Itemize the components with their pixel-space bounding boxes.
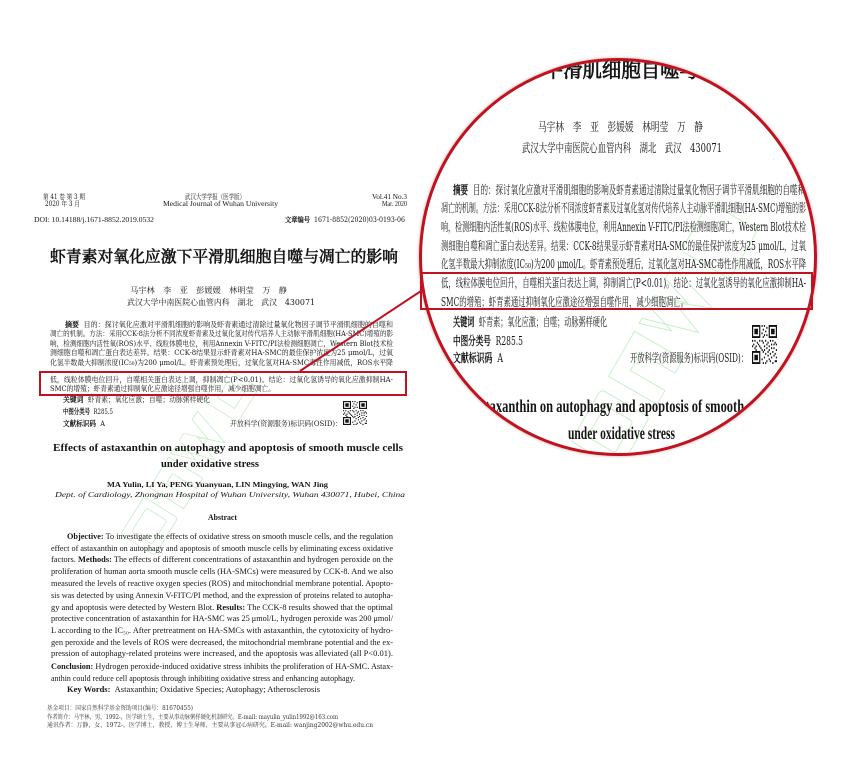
footnote-corresponding-author: 通讯作者：万静，女，1972-，医学博士，教授，博士生导师，主要从事冠心病研究。…: [47, 722, 373, 730]
magnified-document-code-value: A: [497, 351, 503, 365]
magnified-abstract-line-text: 响，检测细胞内活性氧(ROS)水平、线粒体膜电位，利用Annexin V-FIT…: [441, 220, 806, 235]
magnified-title-cn-text: 虾青素对氧化应激下平滑肌细胞自噬与凋亡的影响: [419, 59, 796, 81]
magnified-keywords-label: 关键词: [453, 315, 474, 329]
footnote-corresponding-author-text: 通讯作者：万静，女，1972-，医学博士，教授，博士生导师，主要从事冠心病研究。…: [47, 722, 373, 730]
title-cn: 虾青素对氧化应激下平滑肌细胞自噬与凋亡的影响: [50, 247, 398, 267]
annotated-paper-page: 第 41 卷 第 3 期 2020 年 3 月 武汉大学学报（医学版） Medi…: [0, 0, 851, 769]
header-journal-en-text: Medical Journal of Wuhan University: [163, 200, 278, 208]
abstract-en-line-text: Objective: To investigate the effects of…: [67, 531, 393, 542]
header-date-cn: 2020 年 3 月: [45, 200, 80, 208]
abstract-en-line: proliferation of human aorta smooth musc…: [51, 566, 393, 577]
abstract-cn-line: 响，检测细胞内活性氧(ROS)水平、线粒体膜电位，利用Annexin V-FIT…: [50, 339, 393, 348]
document-code-value: A: [100, 419, 105, 428]
abstract-en-line-text: effect of astaxanthin on autophagy and a…: [51, 543, 393, 554]
footnote-author-bio-text: 作者简介：马宇林，男，1992-，医学硕士生，主要从事动脉粥样硬化机制研究。E-…: [47, 714, 338, 722]
abstract-en-line: Conclusion: Hydrogen peroxide-induced ox…: [51, 661, 393, 672]
conclusion-label: Conclusion:: [51, 661, 93, 671]
abstract-cn-line-text: 响，检测细胞内活性氧(ROS)水平、线粒体膜电位，利用Annexin V-FIT…: [50, 339, 393, 348]
abstract-cn-line-text: 测细胞自噬和凋亡蛋白表达差异。结果：CCK-8结果显示虾青素对HA-SMC的最佳…: [50, 348, 393, 357]
abstract-heading: Abstract: [208, 513, 237, 523]
abstract-cn-line: 化氢半数最大抑制浓度(IC₅₀)为200 μmol/L。虾青素预处理后，过氧化氢…: [50, 358, 393, 367]
abstract-cn-line: 摘要 目的：探讨氧化应激对平滑肌细胞的影响及虾青素通过清除过量氧化物因子调节平滑…: [65, 320, 393, 329]
magnified-abstract-line-text: 测细胞自噬和凋亡蛋白表达差异。结果：CCK-8结果显示虾青素对HA-SMC的最佳…: [441, 239, 806, 254]
keywords-cn-label: 关键词: [63, 395, 83, 404]
abstract-en-line-body: To investigate the effects of oxidative …: [104, 531, 393, 541]
abstract-en-line-text: gy and apoptosis were detected by Wester…: [51, 602, 393, 613]
methods-label: Methods:: [78, 554, 112, 564]
abstract-cn-line: 凋亡的机制。方法：采用CCK-8法分析不同浓度虾青素及过氧化氢对传代培养人主动脉…: [50, 329, 393, 338]
magnifier-circle: 虾青素对氧化应激下平滑肌细胞自噬与凋亡的影响 马宇林 李 亚 彭媛媛 林明莹 万…: [419, 58, 817, 456]
clc-value: R285.5: [93, 407, 113, 416]
magnified-osid-label: 开放科学(资源服务)标识码(OSID)：: [630, 351, 748, 366]
magnified-clc-label: 中图分类号: [453, 334, 491, 348]
abstract-en-line: measured the levels of reactive oxygen s…: [51, 578, 393, 589]
abstract-en-line-text: gen peroxide and the levels of ROS were …: [51, 637, 393, 648]
title-cn-text: 虾青素对氧化应激下平滑肌细胞自噬与凋亡的影响: [50, 247, 398, 267]
header-journal-en: Medical Journal of Wuhan University: [163, 200, 278, 208]
keywords-en-value: Astaxanthin; Oxidative Species; Autophag…: [115, 684, 320, 694]
header-date-en: Mar. 2020: [382, 200, 407, 208]
abstract-en-line-text: L according to the IC₅₀. After pretreatm…: [51, 625, 393, 636]
abstract-cn-line-text: 化氢半数最大抑制浓度(IC₅₀)为200 μmol/L。虾青素预处理后，过氧化氢…: [50, 358, 393, 367]
magnified-keywords-cn-text: 关键词 虾青素；氧化应激；自噬；动脉粥样硬化: [453, 315, 607, 330]
abstract-en-line-text: protective concentration of astaxanthin …: [51, 613, 393, 624]
keywords-en-label: Key Words:: [67, 684, 110, 694]
osid-label: 开放科学(资源服务)标识码(OSID)：: [230, 419, 342, 428]
abstract-cn-line-body: 目的：探讨氧化应激对平滑肌细胞的影响及虾青素通过清除过量氧化物因子调节平滑肌细胞…: [84, 320, 393, 329]
magnified-affiliation-cn-text: 武汉大学中南医院心血管内科 湖北 武汉 430071: [522, 141, 722, 156]
footnote-author-bio: 作者简介：马宇林，男，1992-，医学硕士生，主要从事动脉粥样硬化机制研究。E-…: [47, 714, 338, 722]
abstract-en-line-pre: factors.: [51, 554, 78, 564]
magnified-qr-code-icon: [752, 325, 777, 364]
magnified-authors-cn: 马宇林 李 亚 彭媛媛 林明莹 万 静: [538, 120, 703, 135]
abstract-en-line-text: proliferation of human aorta smooth musc…: [51, 566, 393, 577]
magnified-abstract-line: 测细胞自噬和凋亡蛋白表达差异。结果：CCK-8结果显示虾青素对HA-SMC的最佳…: [441, 239, 806, 254]
magnified-abstract-label: 摘要: [453, 183, 468, 197]
magnified-clc-value: R285.5: [496, 334, 523, 348]
abstract-en-line-text: Conclusion: Hydrogen peroxide-induced ox…: [51, 661, 393, 672]
abstract-en-line-pre: gy and apoptosis were detected by Wester…: [51, 602, 216, 612]
magnified-abstract-line-text: 摘要 目的：探讨氧化应激对平滑肌细胞的影响及虾青素通过清除过量氧化物因子调节平滑…: [453, 183, 805, 198]
doi-text: DOI: 10.14188/j.1671-8852.2019.0532: [34, 216, 154, 224]
abstract-cn-line-text: 凋亡的机制。方法：采用CCK-8法分析不同浓度虾青素及过氧化氢对传代培养人主动脉…: [50, 329, 393, 338]
authors-cn: 马宇林 李 亚 彭媛媛 林明莹 万 静: [130, 286, 287, 296]
clc-number-text: 中图分类号 R285.5: [63, 407, 113, 416]
magnified-title-en-line: under oxidative stress: [568, 423, 675, 443]
affiliation-cn-text: 武汉大学中南医院心血管内科 湖北 武汉 430071: [127, 298, 315, 308]
abstract-en-line: pression of autophagy-related proteins w…: [51, 648, 393, 659]
header-date-cn-text: 2020 年 3 月: [45, 200, 80, 208]
highlight-box-magnified: [420, 272, 813, 310]
abstract-en-line: anthin could reduce cell apoptosis throu…: [51, 673, 355, 684]
title-en-line: under oxidative stress: [161, 457, 259, 471]
abstract-en-line: gy and apoptosis were detected by Wester…: [51, 602, 393, 613]
abstract-en-line-text: sis was detected by using Annexin V-FITC…: [51, 590, 393, 601]
magnified-title-en-line: Effects of astaxanthin on autophagy and …: [421, 396, 810, 416]
doi: DOI: 10.14188/j.1671-8852.2019.0532: [34, 216, 154, 224]
article-number-text: 文章编号 1671-8852(2020)03-0193-06: [285, 216, 405, 224]
title-en-line-text: under oxidative stress: [161, 457, 259, 471]
magnified-abstract-line: 化氢半数最大抑制浓度(IC₅₀)为200 μmol/L。虾青素预处理后，过氧化氢…: [441, 257, 806, 272]
abstract-cn-line-text: 摘要 目的：探讨氧化应激对平滑肌细胞的影响及虾青素通过清除过量氧化物因子调节平滑…: [65, 320, 393, 329]
magnified-title-cn: 虾青素对氧化应激下平滑肌细胞自噬与凋亡的影响: [419, 59, 796, 81]
abstract-en-line-text: anthin could reduce cell apoptosis throu…: [51, 673, 355, 684]
authors-en: MA Yulin, LI Ya, PENG Yuanyuan, LIN Ming…: [107, 480, 328, 490]
objective-label: Objective:: [67, 531, 104, 541]
magnified-title-en-line-text: Effects of astaxanthin on autophagy and …: [421, 396, 810, 416]
abstract-en-line-body: The effects of different concentrations …: [112, 554, 393, 564]
abstract-en-line-text: factors. Methods: The effects of differe…: [51, 554, 393, 565]
qr-code-icon: [343, 401, 367, 425]
magnified-keywords-value: 虾青素；氧化应激；自噬；动脉粥样硬化: [479, 315, 607, 329]
footnote-funding: 基金项目：国家自然科学基金资助项目(编号：81670455): [47, 705, 193, 713]
magnified-document-code: 文献标识码 A: [453, 351, 503, 366]
keywords-cn-text: 关键词 虾青素；氧化应激；自噬；动脉粥样硬化: [63, 395, 210, 404]
document-code: 文献标识码 A: [63, 419, 105, 428]
magnified-authors-cn-text: 马宇林 李 亚 彭媛媛 林明莹 万 静: [538, 120, 703, 135]
abstract-cn-line: 测细胞自噬和凋亡蛋白表达差异。结果：CCK-8结果显示虾青素对HA-SMC的最佳…: [50, 348, 393, 357]
results-label: Results:: [216, 602, 245, 612]
keywords-en: Key Words: Astaxanthin; Oxidative Specie…: [67, 684, 320, 695]
abstract-en-line: protective concentration of astaxanthin …: [51, 613, 393, 624]
magnified-title-en-line-text: under oxidative stress: [568, 423, 675, 443]
abstract-en-line-body: Hydrogen peroxide-induced oxidative stre…: [93, 661, 393, 671]
clc-number: 中图分类号 R285.5: [63, 407, 113, 416]
affiliation-cn: 武汉大学中南医院心血管内科 湖北 武汉 430071: [127, 298, 315, 308]
title-en-line: Effects of astaxanthin on autophagy and …: [53, 441, 403, 455]
abstract-en-line-text: measured the levels of reactive oxygen s…: [51, 578, 393, 589]
magnified-abstract-line-text: 化氢半数最大抑制浓度(IC₅₀)为200 μmol/L。虾青素预处理后，过氧化氢…: [441, 257, 806, 272]
abstract-heading-text: Abstract: [208, 513, 237, 523]
magnified-document-code-label: 文献标识码: [453, 351, 492, 365]
magnified-affiliation-cn: 武汉大学中南医院心血管内科 湖北 武汉 430071: [522, 141, 722, 156]
abstract-cn-label: 摘要: [65, 320, 79, 329]
abstract-en-line: sis was detected by using Annexin V-FITC…: [51, 590, 393, 601]
abstract-en-line: gen peroxide and the levels of ROS were …: [51, 637, 393, 648]
article-number-label: 文章编号: [285, 215, 310, 224]
document-code-label: 文献标识码: [63, 419, 96, 428]
footnote-funding-text: 基金项目：国家自然科学基金资助项目(编号：81670455): [47, 705, 193, 713]
abstract-en-line-text: pression of autophagy-related proteins w…: [51, 648, 393, 659]
abstract-en-line: L according to the IC₅₀. After pretreatm…: [51, 625, 393, 636]
osid-label-text: 开放科学(资源服务)标识码(OSID)：: [230, 419, 342, 428]
magnified-clc-number-text: 中图分类号 R285.5: [453, 334, 523, 349]
abstract-en-line: Objective: To investigate the effects of…: [67, 531, 393, 542]
magnified-keywords-cn: 关键词 虾青素；氧化应激；自噬；动脉粥样硬化: [453, 315, 607, 330]
magnified-abstract-line-body: 目的：探讨氧化应激对平滑肌细胞的影响及虾青素通过清除过量氧化物因子调节平滑肌细胞…: [473, 183, 805, 197]
magnified-abstract-line: 摘要 目的：探讨氧化应激对平滑肌细胞的影响及虾青素通过清除过量氧化物因子调节平滑…: [453, 183, 805, 198]
clc-label: 中图分类号: [63, 407, 90, 416]
affiliation-en: Dept. of Cardiology, Zhongnan Hospital o…: [55, 490, 405, 500]
article-number: 文章编号 1671-8852(2020)03-0193-06: [285, 216, 405, 224]
authors-cn-text: 马宇林 李 亚 彭媛媛 林明莹 万 静: [130, 286, 287, 296]
magnified-document-code-text: 文献标识码 A: [453, 351, 503, 366]
title-en-line-text: Effects of astaxanthin on autophagy and …: [53, 441, 403, 455]
magnified-osid-label-text: 开放科学(资源服务)标识码(OSID)：: [630, 351, 748, 366]
authors-en-text: MA Yulin, LI Ya, PENG Yuanyuan, LIN Ming…: [107, 480, 328, 490]
abstract-en-line: factors. Methods: The effects of differe…: [51, 554, 393, 565]
magnified-clc-number: 中图分类号 R285.5: [453, 334, 523, 349]
magnified-abstract-line-text: 凋亡的机制。方法：采用CCK-8法分析不同浓度虾青素及过氧化氢对传代培养人主动脉…: [441, 201, 806, 216]
keywords-cn: 关键词 虾青素；氧化应激；自噬；动脉粥样硬化: [63, 395, 210, 404]
affiliation-en-text: Dept. of Cardiology, Zhongnan Hospital o…: [55, 490, 405, 500]
abstract-en-line: effect of astaxanthin on autophagy and a…: [51, 543, 393, 554]
header-date-en-text: Mar. 2020: [382, 200, 407, 208]
keywords-cn-value: 虾青素；氧化应激；自噬；动脉粥样硬化: [88, 395, 210, 404]
highlight-box-source: [39, 371, 407, 396]
magnified-abstract-line: 凋亡的机制。方法：采用CCK-8法分析不同浓度虾青素及过氧化氢对传代培养人主动脉…: [441, 201, 806, 216]
abstract-en-line-body: The CCK-8 results showed that the optima…: [245, 602, 393, 612]
article-number-value: 1671-8852(2020)03-0193-06: [314, 216, 405, 224]
magnified-abstract-line: 响，检测细胞内活性氧(ROS)水平、线粒体膜电位，利用Annexin V-FIT…: [441, 220, 806, 235]
keywords-en-text: Key Words: Astaxanthin; Oxidative Specie…: [67, 684, 320, 695]
document-code-text: 文献标识码 A: [63, 419, 105, 428]
